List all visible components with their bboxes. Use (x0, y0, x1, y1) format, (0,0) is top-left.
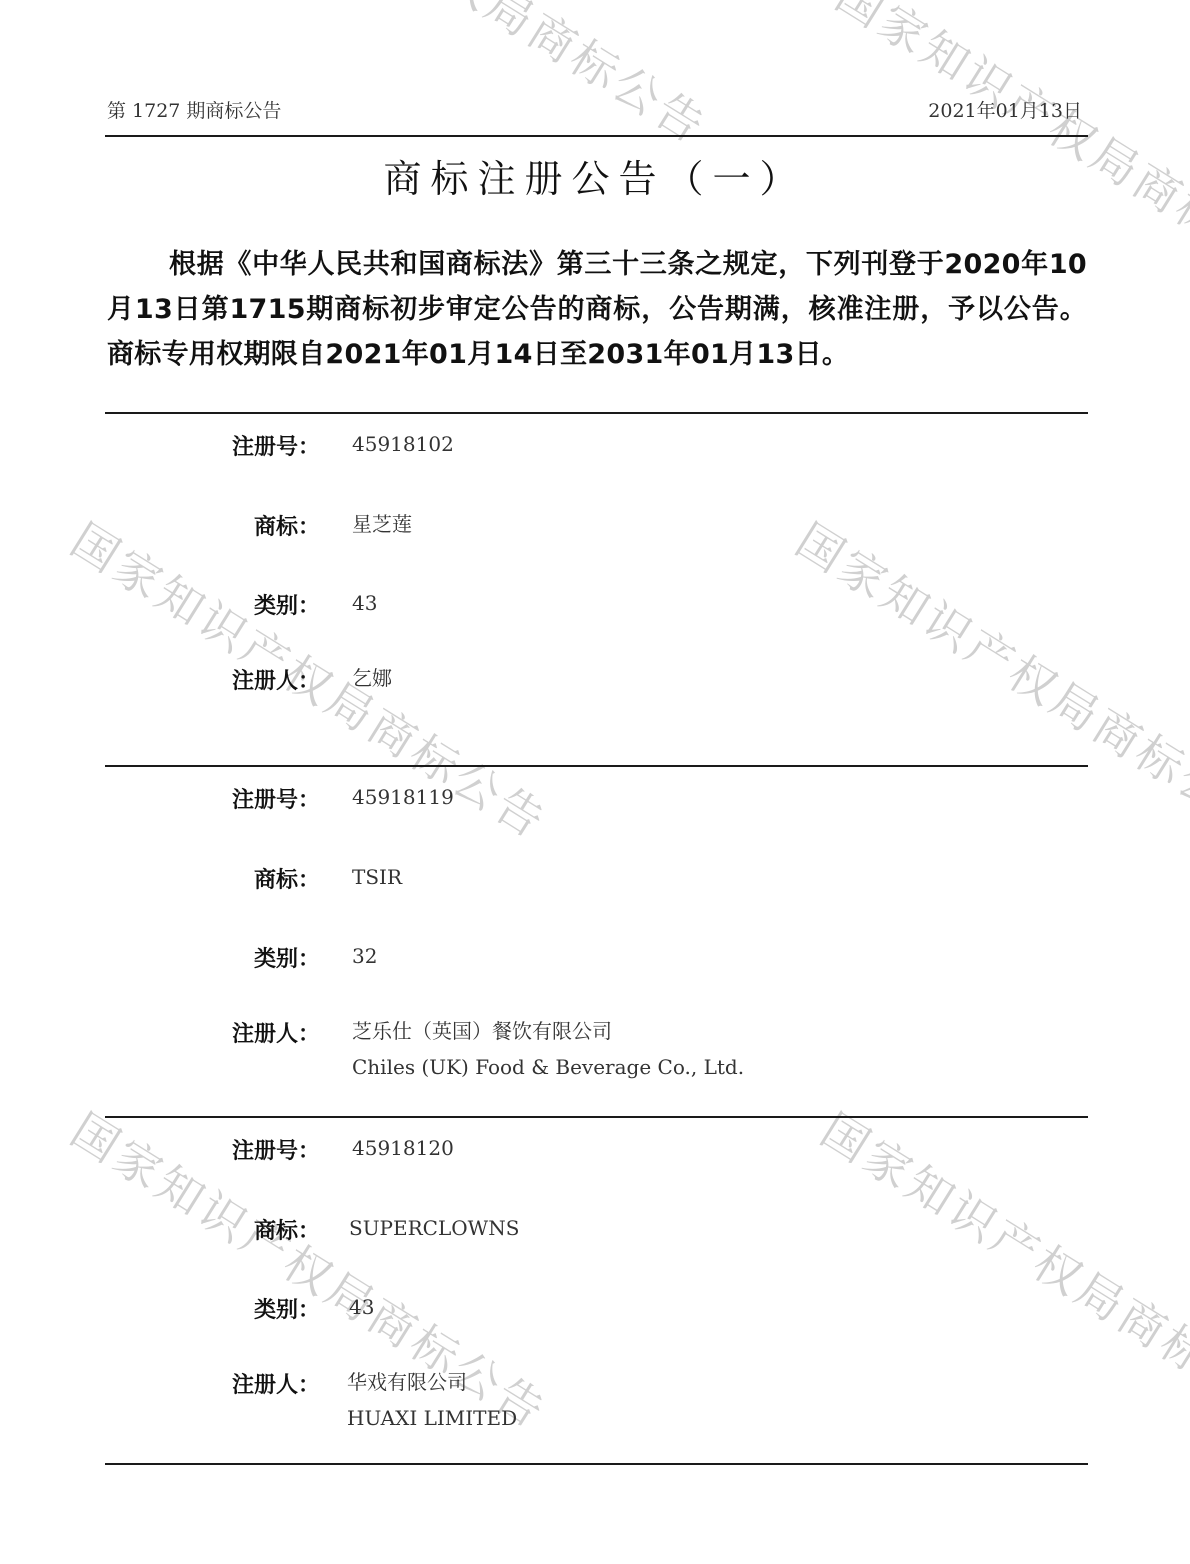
issue-date: 2021年01月13日 (928, 96, 1082, 123)
watermark: 国家知识产权局商标公告 (785, 505, 1190, 852)
class-label: 类别： (254, 942, 320, 973)
registrant-value: 芝乐仕（英国）餐饮有限公司 Chiles (UK) Food & Beverag… (352, 1013, 744, 1085)
registrant-value: 华戏有限公司 HUAXI LIMITED (347, 1364, 517, 1436)
registrant-label: 注册人： (232, 1017, 320, 1048)
registrant-cn: 芝乐仕（英国）餐饮有限公司 (352, 1013, 744, 1049)
class-value: 43 (352, 585, 377, 621)
header-divider (105, 135, 1088, 137)
mark-value: 星芝莲 (352, 506, 412, 542)
reg-no-label: 注册号： (232, 1134, 320, 1165)
watermark: 国家知识产权局商标公告 (810, 1095, 1190, 1442)
reg-no-label: 注册号： (232, 430, 320, 461)
registrant-en: HUAXI LIMITED (347, 1400, 517, 1436)
registrant-cn: 乞娜 (352, 660, 392, 696)
registrant-cn: 华戏有限公司 (347, 1364, 517, 1400)
issue-number: 第 1727 期商标公告 (107, 96, 281, 123)
reg-no-value: 45918102 (352, 426, 454, 462)
section-divider (105, 412, 1088, 414)
reg-no-label: 注册号： (232, 783, 320, 814)
section-divider (105, 1116, 1088, 1118)
class-label: 类别： (254, 589, 320, 620)
class-value: 32 (352, 938, 377, 974)
page-title: 商标注册公告（一） (0, 148, 1190, 203)
registrant-value: 乞娜 (352, 660, 392, 696)
registrant-en: Chiles (UK) Food & Beverage Co., Ltd. (352, 1049, 744, 1085)
reg-no-value: 45918120 (352, 1130, 454, 1166)
mark-label: 商标： (254, 1214, 320, 1245)
section-divider (105, 1463, 1088, 1465)
mark-value: TSIR (352, 859, 402, 895)
class-label: 类别： (254, 1293, 320, 1324)
mark-value: SUPERCLOWNS (349, 1210, 519, 1246)
mark-label: 商标： (254, 863, 320, 894)
registrant-label: 注册人： (232, 664, 320, 695)
section-divider (105, 765, 1088, 767)
intro-paragraph: 根据《中华人民共和国商标法》第三十三条之规定，下列刊登于2020年10月13日第… (107, 242, 1087, 377)
registrant-label: 注册人： (232, 1368, 320, 1399)
mark-label: 商标： (254, 510, 320, 541)
watermark: 国家知识产权局商标公告 (220, 0, 721, 157)
reg-no-value: 45918119 (352, 779, 454, 815)
class-value: 43 (349, 1289, 374, 1325)
